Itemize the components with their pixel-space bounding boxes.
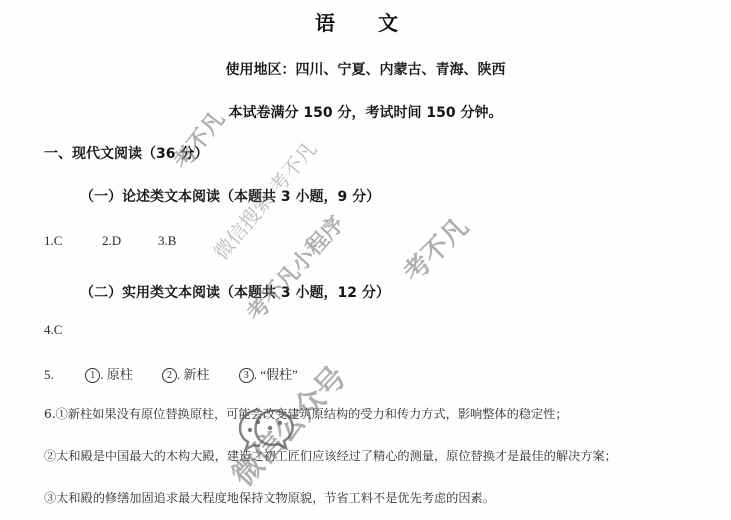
answer-3: 3.B [158, 233, 176, 249]
circled-number: 1 [85, 368, 100, 383]
part-heading-argumentative: （一）论述类文本阅读（本题共 3 小题，9 分） [80, 186, 380, 206]
question-number: 5. [44, 367, 82, 383]
answer-1: 1.C [44, 233, 102, 249]
circled-number: 2 [162, 368, 177, 383]
page-title: 语 文 [0, 7, 731, 36]
answer-6-point-1: 6.①新柱如果没有原位替换原柱，可能会改变建筑原结构的受力和传力方式，影响整体的… [44, 405, 568, 422]
answer-6-point-2: ②太和殿是中国最大的木构大殿，建造之初工匠们应该经过了精心的测量，原位替换才是最… [44, 447, 617, 464]
answer-6-point-3: ③太和殿的修缮加固追求最大程度地保持文物原貌，节省工料不是优先考虑的因素。 [44, 489, 495, 506]
answer-2: 2.D [102, 233, 158, 249]
usage-region: 使用地区：四川、宁夏、内蒙古、青海、陕西 [0, 59, 731, 79]
watermark-text: 考不凡 [394, 208, 475, 289]
exam-info: 本试卷满分 150 分，考试时间 150 分钟。 [0, 102, 731, 122]
answer-5: 5. 1. 原柱 2. 新柱 3. “假柱” [44, 364, 324, 383]
answer-5-option-1: 1. 原柱 [85, 364, 133, 383]
circled-number: 3 [239, 368, 254, 383]
answer-4: 4.C [44, 322, 62, 338]
exam-answer-page: 语 文 使用地区：四川、宁夏、内蒙古、青海、陕西 本试卷满分 150 分，考试时… [0, 0, 731, 520]
section-heading-modern-reading: 一、现代文阅读（36 分） [44, 143, 208, 163]
answer-5-option-2: 2. 新柱 [162, 364, 210, 383]
answer-5-option-3: 3. “假柱” [239, 364, 298, 383]
part-heading-practical: （二）实用类文本阅读（本题共 3 小题，12 分） [80, 282, 390, 302]
answers-row-1-3: 1.C2.D3.B [44, 233, 176, 249]
watermark-text: 考不凡小程序 [239, 208, 350, 327]
